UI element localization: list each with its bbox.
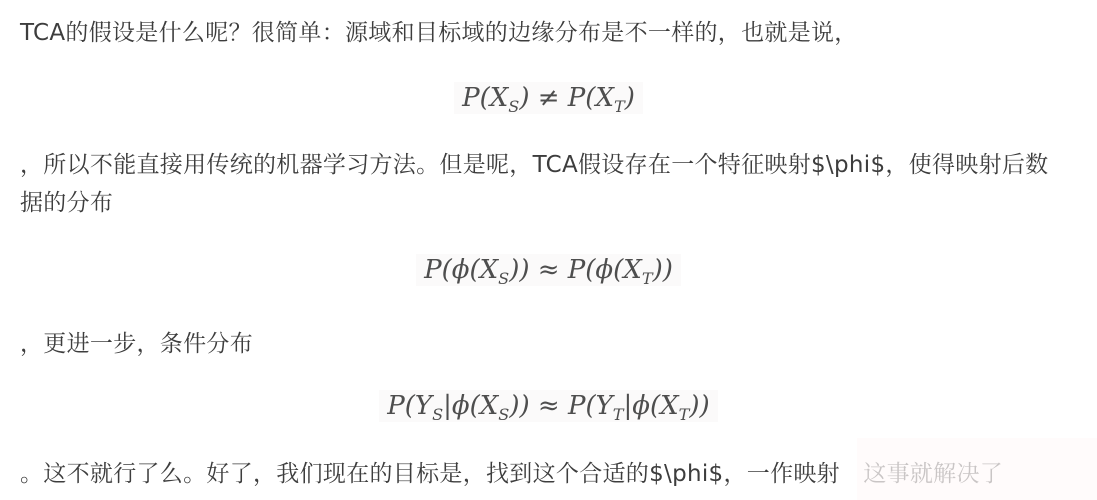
formula-conditional-image: P(YS|ϕ(XS)) ≈ P(YT|ϕ(XT)) (379, 390, 717, 422)
formula-mapped-marginal-image: P(ϕ(XS)) ≈ P(ϕ(XT)) (416, 254, 681, 286)
formula-text: )) ≈ P(ϕ(X (509, 255, 642, 285)
formula-subscript: T (614, 97, 625, 116)
formula-marginal-inequality-image: P(XS) ≠ P(XT) (454, 82, 643, 114)
paragraph-feature-mapping: ，所以不能直接用传统的机器学习方法。但是呢，TCA假设存在一个特征映射$\phi… (20, 146, 1077, 222)
paragraph-line-2: 据的分布 (20, 190, 113, 216)
formula-text: |ϕ(X (624, 391, 679, 421)
paragraph-tca-assumption: TCA的假设是什么呢？很简单：源域和目标域的边缘分布是不一样的，也就是说， (20, 14, 1077, 52)
formula-subscript: T (679, 405, 690, 424)
formula-text: P(X (462, 83, 508, 113)
formula-block-marginal-inequality: P(XS) ≠ P(XT) (20, 82, 1077, 114)
paragraph-goal: 。这不就行了么。好了，我们现在的目标是，找到这个合适的$\phi$，一作映射 这… (20, 455, 1077, 493)
formula-text: |ϕ(X (443, 391, 498, 421)
formula-text: ) ≠ P(X (519, 83, 614, 113)
formula-subscript: T (613, 405, 624, 424)
formula-subscript: T (642, 269, 653, 288)
formula-text: ) (625, 83, 635, 113)
formula-subscript: S (498, 405, 509, 424)
formula-text: )) ≈ P(Y (509, 391, 612, 421)
article-body: TCA的假设是什么呢？很简单：源域和目标域的边缘分布是不一样的，也就是说， P(… (0, 0, 1097, 493)
formula-block-conditional: P(YS|ϕ(XS)) ≈ P(YT|ϕ(XT)) (20, 390, 1077, 422)
formula-text: )) (689, 391, 709, 421)
formula-text: )) (653, 255, 673, 285)
formula-subscript: S (432, 405, 443, 424)
paragraph-conditional-intro: ，更进一步，条件分布 (20, 325, 1077, 363)
formula-block-mapped-marginal: P(ϕ(XS)) ≈ P(ϕ(XT)) (20, 254, 1077, 286)
formula-subscript: S (508, 97, 519, 116)
formula-text: P(Y (387, 391, 432, 421)
paragraph-line-1: ，所以不能直接用传统的机器学习方法。但是呢，TCA假设存在一个特征映射$\phi… (20, 152, 1048, 178)
formula-text: P(ϕ(X (424, 255, 498, 285)
formula-subscript: S (498, 269, 509, 288)
